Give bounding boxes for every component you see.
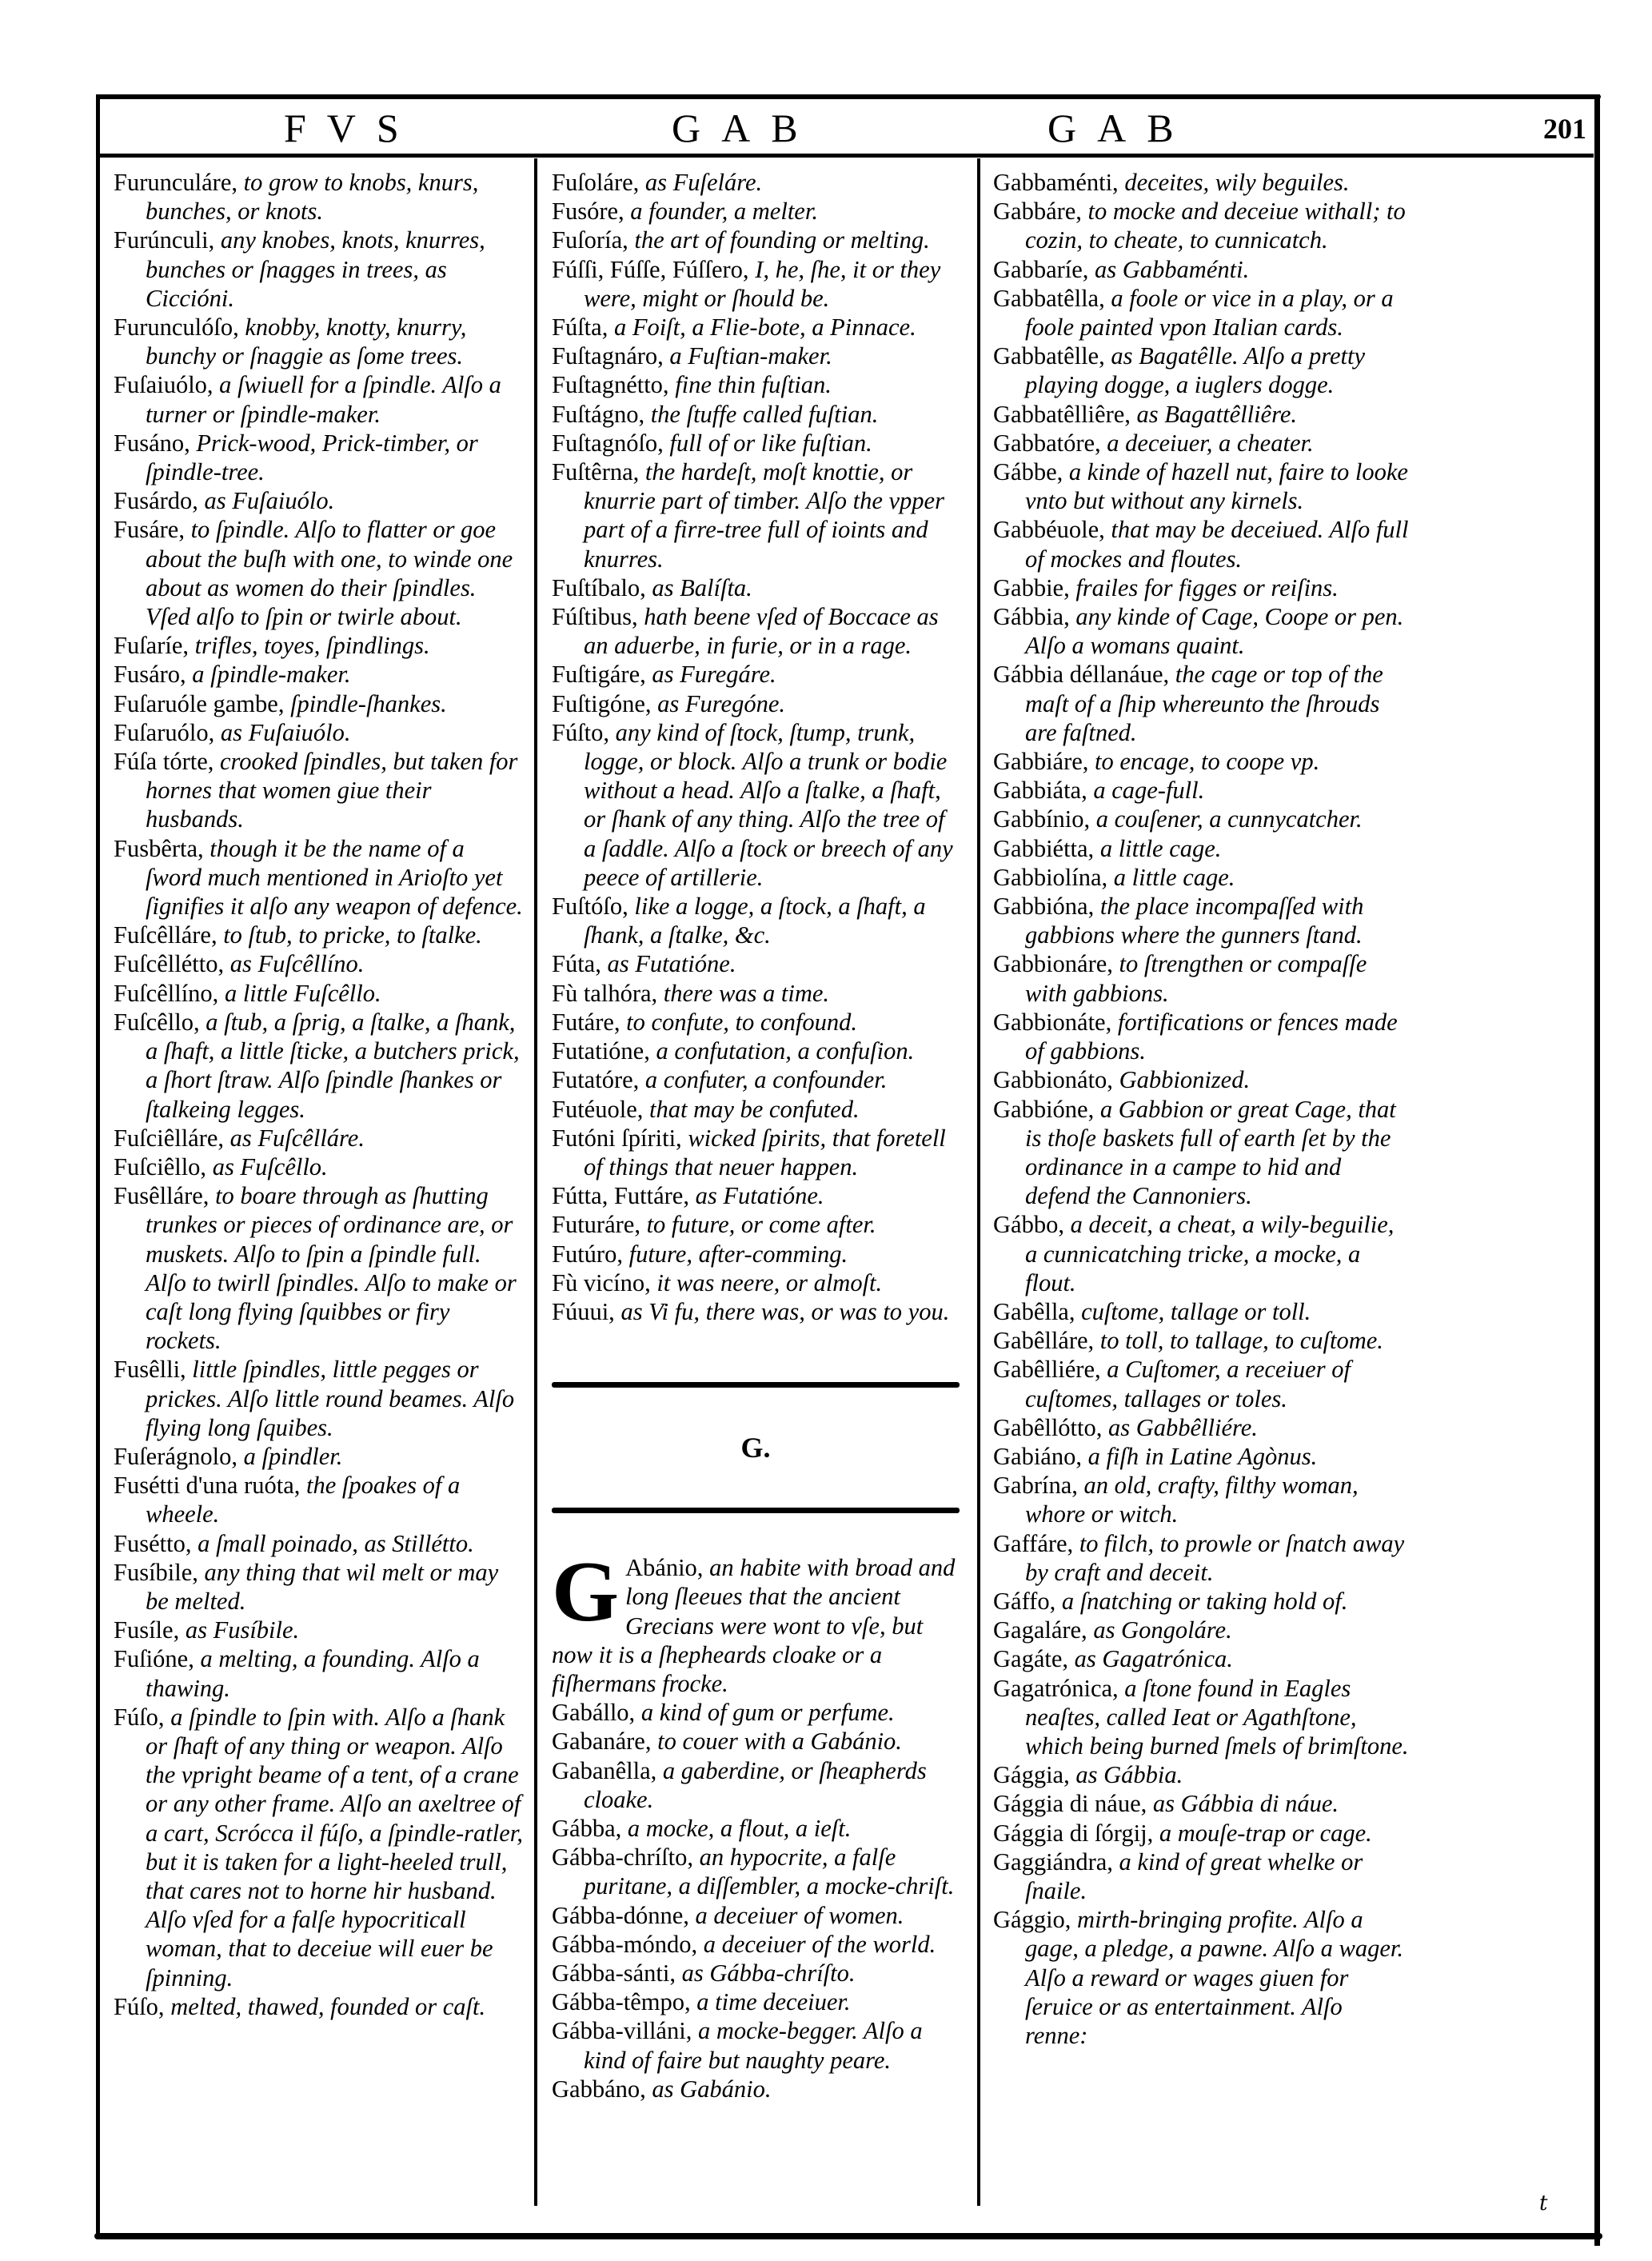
definition: as Gabbaménti. bbox=[1088, 256, 1249, 283]
headword: Gabiáno, bbox=[993, 1443, 1082, 1470]
headword: Gagaláre, bbox=[993, 1616, 1087, 1644]
definition: a ſnatching or taking hold of. bbox=[1055, 1588, 1347, 1615]
dictionary-entry: Gabbie, frailes for figges or reiſins. bbox=[993, 573, 1409, 602]
section-letter: G. bbox=[552, 1388, 960, 1508]
dictionary-entry: Fúſta, a Foiſt, a Flie-bote, a Pinnace. bbox=[552, 313, 960, 342]
dictionary-entry: Fuſtagnétto, fine thin fuſtian. bbox=[552, 370, 960, 399]
headword: Fuſaruólo, bbox=[114, 719, 214, 746]
headword: Gabbiétta, bbox=[993, 835, 1094, 862]
headword: Futúro, bbox=[552, 1240, 623, 1268]
dictionary-entry: Gabbiáre, to encage, to coope vp. bbox=[993, 747, 1409, 776]
definition: a deceiuer of women. bbox=[689, 1902, 904, 1929]
headword: Fù talhóra, bbox=[552, 980, 657, 1007]
headword: Fuſtagnóſo, bbox=[552, 429, 664, 457]
headword: Fúſtibus, bbox=[552, 603, 638, 630]
headword: Gabbaríe, bbox=[993, 256, 1088, 283]
dictionary-entry: Gabbiétta, a little cage. bbox=[993, 834, 1409, 863]
definition: the ſtuffe called fuſtian. bbox=[644, 401, 878, 428]
dictionary-entry: Futatióne, a confutation, a confuſion. bbox=[552, 1037, 960, 1065]
headword: Fuſtíbalo, bbox=[552, 574, 646, 601]
definition: as Fusíbile. bbox=[179, 1616, 299, 1644]
dictionary-entry: Fuſaríe, trifles, toyes, ſpindlings. bbox=[114, 631, 523, 660]
column-middle: Fuſoláre, as Fuſeláre.Fusóre, a founder,… bbox=[552, 168, 960, 2103]
definition: a melting, a founding. Alſo a thawing. bbox=[146, 1645, 480, 1701]
headword: Gabbionáre, bbox=[993, 950, 1113, 977]
header-rule bbox=[100, 154, 1594, 158]
definition: little ſpindles, little pegges or pricke… bbox=[146, 1356, 514, 1440]
definition: as Balíſta. bbox=[646, 574, 752, 601]
definition: a cage-full. bbox=[1087, 777, 1205, 804]
definition: that may be confuted. bbox=[643, 1096, 859, 1123]
definition: a ſpindler. bbox=[237, 1443, 342, 1470]
dictionary-entry: Gábbo, a deceit, a cheat, a wily-beguili… bbox=[993, 1210, 1409, 1297]
headword: Fuſciêlláre, bbox=[114, 1125, 224, 1152]
dictionary-entry: Gabrína, an old, crafty, filthy woman, w… bbox=[993, 1471, 1409, 1528]
dictionary-entry: Gabállo, a kind of gum or perfume. bbox=[552, 1698, 960, 1727]
dictionary-entry: Futúro, future, after-comming. bbox=[552, 1240, 960, 1268]
dictionary-entry: Furúnculi, any knobes, knots, knurres, b… bbox=[114, 226, 523, 313]
dictionary-entry: Gabêlláre, to toll, to tallage, to cuſto… bbox=[993, 1326, 1409, 1355]
dictionary-entry: Gábba-móndo, a deceiuer of the world. bbox=[552, 1930, 960, 1959]
definition: a little cage. bbox=[1094, 835, 1221, 862]
dictionary-entry: Gággia di ſórgij, a mouſe-trap or cage. bbox=[993, 1819, 1409, 1848]
headword: Gábba-dónne, bbox=[552, 1902, 689, 1929]
column-divider-2 bbox=[977, 158, 980, 2206]
headword: Fúſo, bbox=[114, 1993, 165, 2020]
headword: Gabbatêlle, bbox=[993, 342, 1105, 370]
headword: Fuſcêllíno, bbox=[114, 980, 218, 1007]
headword: Fusárdo, bbox=[114, 487, 198, 514]
dictionary-entry: Futéuole, that may be confuted. bbox=[552, 1095, 960, 1124]
dictionary-entry: Fuſerágnolo, a ſpindler. bbox=[114, 1442, 523, 1471]
headword: Futatióne, bbox=[552, 1037, 650, 1065]
headword: Furunculóſo, bbox=[114, 314, 239, 341]
dictionary-entry: Fuſaiuólo, a ſwiuell for a ſpindle. Alſo… bbox=[114, 370, 523, 428]
headword: Gabbióne, bbox=[993, 1096, 1094, 1123]
dictionary-entry: Gabêlliére, a Cuſtomer, a receiuer of cu… bbox=[993, 1355, 1409, 1412]
dictionary-entry: Fuſtêrna, the hardeſt, moſt knottie, or … bbox=[552, 457, 960, 573]
dictionary-entry: Fútta, Futtáre, as Futatióne. bbox=[552, 1181, 960, 1210]
dictionary-entry: Fúſtibus, hath beene vſed of Boccace as … bbox=[552, 602, 960, 660]
dictionary-entry: Gabêllótto, as Gabbêlliére. bbox=[993, 1413, 1409, 1442]
definition: to ſtub, to pricke, to ſtalke. bbox=[217, 921, 482, 949]
definition: as Gábbia di náue. bbox=[1147, 1790, 1339, 1817]
dictionary-entry: Gagaláre, as Gongoláre. bbox=[993, 1616, 1409, 1644]
dictionary-entry: Gabbáre, to mocke and deceiue withall; t… bbox=[993, 197, 1409, 254]
definition: it was neere, or almoſt. bbox=[651, 1269, 882, 1296]
dictionary-entry: Fúſſi, Fúſſe, Fúſſero, I, he, ſhe, it or… bbox=[552, 255, 960, 313]
dictionary-entry: Fuſtóſo, like a logge, a ſtock, a ſhaft,… bbox=[552, 892, 960, 949]
dictionary-entry: Futáre, to confute, to confound. bbox=[552, 1008, 960, 1037]
headword: Gabrína, bbox=[993, 1472, 1078, 1499]
definition: as Gábbia. bbox=[1070, 1761, 1183, 1788]
dictionary-entry: Gabbióne, a Gabbion or great Cage, that … bbox=[993, 1095, 1409, 1211]
headword: Gagatrónica, bbox=[993, 1675, 1119, 1702]
definition: any thing that wil melt or may be melted… bbox=[146, 1559, 498, 1615]
headword: Gaffáre, bbox=[993, 1530, 1073, 1557]
dictionary-entry: Fúſo, melted, thawed, founded or caſt. bbox=[114, 1992, 523, 2021]
headword: Fù vicíno, bbox=[552, 1269, 651, 1296]
dictionary-entry: Gáffo, a ſnatching or taking hold of. bbox=[993, 1587, 1409, 1616]
headword: Fúſo, bbox=[114, 1704, 165, 1731]
definition: as Vi fu, there was, or was to you. bbox=[615, 1298, 950, 1325]
dictionary-entry: Fusíbile, any thing that wil melt or may… bbox=[114, 1558, 523, 1616]
definition: as Furegóne. bbox=[652, 690, 785, 717]
headword: Gabanêlla, bbox=[552, 1757, 656, 1784]
dictionary-entry: Fúſo, a ſpindle to ſpin with. Alſo a ſha… bbox=[114, 1703, 523, 1992]
dictionary-entry: Gábbia, any kinde of Cage, Coope or pen.… bbox=[993, 602, 1409, 660]
definition: a little cage. bbox=[1107, 864, 1235, 891]
dictionary-entry: Fúuui, as Vi fu, there was, or was to yo… bbox=[552, 1297, 960, 1326]
definition: a deceit, a cheat, a wily-beguilie, a cu… bbox=[1025, 1211, 1394, 1296]
headword: Fuſciêllo, bbox=[114, 1153, 206, 1180]
entry-first-of-section: G Abánio, an habite with broad and long … bbox=[552, 1553, 960, 1698]
dictionary-entry: Fuſtagnáro, a Fuſtian-maker. bbox=[552, 342, 960, 370]
definition: mirth-bringing profite. Alſo a gage, a p… bbox=[1025, 1906, 1403, 2049]
headword: Fuſtigóne, bbox=[552, 690, 652, 717]
headword: Futuráre, bbox=[552, 1211, 640, 1238]
dictionary-entry: Gággio, mirth-bringing profite. Alſo a g… bbox=[993, 1905, 1409, 2050]
column-middle-entries: Fuſoláre, as Fuſeláre.Fusóre, a founder,… bbox=[552, 168, 960, 1326]
definition: as Gabbêlliére. bbox=[1102, 1414, 1258, 1441]
headword: Fusáre, bbox=[114, 516, 185, 543]
dictionary-entry: Gábba-chríſto, an hypocrite, a falſe pur… bbox=[552, 1843, 960, 1900]
headword: Fúta, bbox=[552, 950, 601, 977]
section-rule-bottom bbox=[552, 1508, 960, 1513]
definition: to toll, to tallage, to cuſtome. bbox=[1094, 1327, 1383, 1354]
headword: Fuſoláre, bbox=[552, 169, 639, 196]
column-middle-entries-g: Gabállo, a kind of gum or perfume.Gabaná… bbox=[552, 1698, 960, 2103]
headword: Gabbaménti, bbox=[993, 169, 1119, 196]
headword: Gággia di náue, bbox=[993, 1790, 1147, 1817]
dictionary-entry: Gabbínio, a couſener, a cunnycatcher. bbox=[993, 805, 1409, 833]
dictionary-entry: Gabbáno, as Gabánio. bbox=[552, 2075, 960, 2103]
dictionary-entry: Gaffáre, to filch, to prowle or ſnatch a… bbox=[993, 1529, 1409, 1587]
headword: Fúſſi, Fúſſe, Fúſſero, bbox=[552, 256, 749, 283]
headword: Abánio, bbox=[625, 1554, 703, 1581]
headword: Fusíle, bbox=[114, 1616, 179, 1644]
dictionary-entry: Fúta, as Futatióne. bbox=[552, 949, 960, 978]
dictionary-entry: Gabbiolína, a little cage. bbox=[993, 863, 1409, 892]
headword: Gábbo, bbox=[993, 1211, 1064, 1238]
headword: Fuſcêllo, bbox=[114, 1009, 200, 1036]
dictionary-entry: Gággia di náue, as Gábbia di náue. bbox=[993, 1789, 1409, 1818]
headword: Fúſto, bbox=[552, 719, 609, 746]
headword: Gabbiáre, bbox=[993, 748, 1088, 775]
dictionary-entry: Fusáre, to ſpindle. Alſo to flatter or g… bbox=[114, 515, 523, 631]
signature-mark: t bbox=[1539, 2191, 1547, 2215]
dictionary-entry: Fuſcêllo, a ſtub, a ſprig, a ſtalke, a ſ… bbox=[114, 1008, 523, 1124]
definition: to ſpindle. Alſo to flatter or goe about… bbox=[146, 516, 513, 630]
definition: as Fuſeláre. bbox=[639, 169, 762, 196]
headword: Gabbiolína, bbox=[993, 864, 1107, 891]
definition: a confutation, a confuſion. bbox=[650, 1037, 914, 1065]
headword: Gábba-têmpo, bbox=[552, 1988, 691, 2015]
definition: to mocke and deceiue withall; to cozin, … bbox=[1025, 198, 1406, 254]
headword: Gábba-villáni, bbox=[552, 2017, 692, 2044]
headword: Fútta, Futtáre, bbox=[552, 1182, 689, 1209]
dictionary-entry: Fusáno, Prick-wood, Prick-timber, or ſpi… bbox=[114, 429, 523, 486]
dictionary-entry: Furunculáre, to grow to knobs, knurs, bu… bbox=[114, 168, 523, 226]
definition: as Fuſcêlláre. bbox=[224, 1125, 365, 1152]
definition: future, after-comming. bbox=[623, 1240, 848, 1268]
definition: a ſtub, a ſprig, a ſtalke, a ſhank, a ſh… bbox=[146, 1009, 520, 1123]
definition: as Gagatrónica. bbox=[1068, 1645, 1233, 1672]
definition: the art of founding or melting. bbox=[628, 226, 930, 254]
headword: Gábba-chríſto, bbox=[552, 1844, 693, 1871]
definition: frailes for figges or reiſins. bbox=[1070, 574, 1339, 601]
headword: Fuſcêllétto, bbox=[114, 950, 224, 977]
definition: any kinde of Cage, Coope or pen. Alſo a … bbox=[1025, 603, 1403, 659]
dictionary-entry: Gabbionáto, Gabbionized. bbox=[993, 1065, 1409, 1094]
dictionary-entry: Gábba-têmpo, a time deceiuer. bbox=[552, 1987, 960, 2016]
headword: Gabbatêlla, bbox=[993, 285, 1105, 312]
headword: Gabállo, bbox=[552, 1699, 635, 1726]
dictionary-entry: Fuſtagnóſo, full of or like fuſtian. bbox=[552, 429, 960, 457]
dictionary-entry: Fuſaruóle gambe, ſpindle-ſhankes. bbox=[114, 689, 523, 718]
dictionary-entry: Gábba, a mocke, a flout, a ieſt. bbox=[552, 1814, 960, 1843]
headword: Gábba, bbox=[552, 1815, 621, 1842]
headword: Gabêlláre, bbox=[993, 1327, 1094, 1354]
definition: a deceiuer, a cheater. bbox=[1101, 429, 1314, 457]
definition: any kind of ſtock, ſtump, trunk, logge, … bbox=[584, 719, 953, 891]
dictionary-entry: Gággia, as Gábbia. bbox=[993, 1760, 1409, 1789]
definition: as Fuſcêllo. bbox=[206, 1153, 328, 1180]
section-rule-top bbox=[552, 1382, 960, 1388]
dictionary-entry: Fusêlláre, to boare through as ſhutting … bbox=[114, 1181, 523, 1355]
headword: Gábbia, bbox=[993, 603, 1070, 630]
definition: cuſtome, tallage or toll. bbox=[1075, 1298, 1311, 1325]
headword: Fusétto, bbox=[114, 1530, 191, 1557]
headword: Futéuole, bbox=[552, 1096, 643, 1123]
headword: Gaggiándra, bbox=[993, 1848, 1113, 1876]
headword: Fusbêrta, bbox=[114, 835, 204, 862]
dictionary-entry: Gábba-dónne, a deceiuer of women. bbox=[552, 1901, 960, 1930]
headword: Fusêlli, bbox=[114, 1356, 186, 1383]
definition: a ſmall poinado, as Stillétto. bbox=[191, 1530, 473, 1557]
definition: deceites, wily beguiles. bbox=[1119, 169, 1350, 196]
dictionary-entry: Gabbionáre, to ſtrengthen or compaſſe wi… bbox=[993, 949, 1409, 1007]
dictionary-entry: Fuſióne, a melting, a founding. Alſo a t… bbox=[114, 1644, 523, 1702]
definition: as Fuſaiuólo. bbox=[214, 719, 350, 746]
dictionary-entry: Fuſoría, the art of founding or melting. bbox=[552, 226, 960, 254]
headword: Fuſoría, bbox=[552, 226, 628, 254]
column-right: Gabbaménti, deceites, wily beguiles.Gabb… bbox=[993, 168, 1409, 2050]
page-frame-right bbox=[1594, 94, 1600, 2246]
headword: Gabanáre, bbox=[552, 1728, 651, 1755]
headword: Gabbínio, bbox=[993, 805, 1090, 833]
definition: a ſpindle-maker. bbox=[186, 661, 351, 688]
dictionary-entry: Gabbatêlle, as Bagatêlle. Alſo a pretty … bbox=[993, 342, 1409, 399]
page-frame-left bbox=[96, 94, 100, 2238]
headword: Fuſaríe, bbox=[114, 632, 189, 659]
definition: ſpindle-ſhankes. bbox=[284, 690, 446, 717]
headword: Fusáno, bbox=[114, 429, 190, 457]
headword: Fuſaiuólo, bbox=[114, 371, 213, 398]
definition: to encage, to coope vp. bbox=[1088, 748, 1319, 775]
column-left: Furunculáre, to grow to knobs, knurs, bu… bbox=[114, 168, 523, 2021]
dictionary-entry: Gabbionáte, fortifications or fences mad… bbox=[993, 1008, 1409, 1065]
definition: as Gabánio. bbox=[646, 2075, 772, 2103]
definition: a couſener, a cunnycatcher. bbox=[1090, 805, 1362, 833]
dictionary-entry: Gábba-sánti, as Gábba-chríſto. bbox=[552, 1959, 960, 1987]
headword: Furúnculi, bbox=[114, 226, 214, 254]
headword: Gabbie, bbox=[993, 574, 1070, 601]
column-divider-1 bbox=[534, 158, 537, 2206]
headword: Fuſtagnáro, bbox=[552, 342, 664, 370]
dictionary-entry: Fusbêrta, though it be the name of a ſwo… bbox=[114, 834, 523, 921]
dictionary-entry: Gabbióna, the place incompaſſed with gab… bbox=[993, 892, 1409, 949]
headword: Gabbiáta, bbox=[993, 777, 1087, 804]
headword: Fuſtigáre, bbox=[552, 661, 646, 688]
definition: as Gábba-chríſto. bbox=[676, 1959, 856, 1987]
headword: Gabbatóre, bbox=[993, 429, 1101, 457]
definition: a mocke, a flout, a ieſt. bbox=[621, 1815, 851, 1842]
definition: as Gongoláre. bbox=[1087, 1616, 1232, 1644]
running-head-right: GAB bbox=[1047, 104, 1195, 152]
definition: a kinde of hazell nut, faire to looke vn… bbox=[1025, 458, 1408, 514]
dictionary-entry: Fuſciêlláre, as Fuſcêlláre. bbox=[114, 1124, 523, 1152]
dictionary-entry: Fuſtigóne, as Furegóne. bbox=[552, 689, 960, 718]
definition: a deceiuer of the world. bbox=[697, 1931, 936, 1958]
headword: Gabbionáto, bbox=[993, 1066, 1113, 1093]
running-head-center: GAB bbox=[672, 104, 819, 152]
definition: a time deceiuer. bbox=[691, 1988, 851, 2015]
dictionary-entry: Futatóre, a confuter, a confounder. bbox=[552, 1065, 960, 1094]
headword: Fusétti d'una ruóta, bbox=[114, 1472, 300, 1499]
section-break: G. bbox=[552, 1382, 960, 1513]
headword: Futatóre, bbox=[552, 1066, 639, 1093]
dictionary-entry: Fuſcêllíno, a little Fuſcêllo. bbox=[114, 979, 523, 1008]
headword: Fuſióne, bbox=[114, 1645, 194, 1672]
dictionary-entry: Gábbe, a kinde of hazell nut, faire to l… bbox=[993, 457, 1409, 515]
headword: Fúuui, bbox=[552, 1298, 615, 1325]
definition: trifles, toyes, ſpindlings. bbox=[189, 632, 430, 659]
headword: Gabbáre, bbox=[993, 198, 1082, 225]
page-frame-top bbox=[98, 94, 1601, 99]
dictionary-entry: Fuſtágno, the ſtuffe called fuſtian. bbox=[552, 400, 960, 429]
headword: Gággia, bbox=[993, 1761, 1070, 1788]
definition: to couer with a Gabánio. bbox=[651, 1728, 901, 1755]
headword: Fuſtagnétto, bbox=[552, 371, 669, 398]
dictionary-entry: Fúſa tórte, crooked ſpindles, but taken … bbox=[114, 747, 523, 834]
headword: Gággio, bbox=[993, 1906, 1071, 1933]
definition: to future, or come after. bbox=[640, 1211, 876, 1238]
headword: Gábba-móndo, bbox=[552, 1931, 697, 1958]
dictionary-entry: Fù vicíno, it was neere, or almoſt. bbox=[552, 1268, 960, 1297]
dictionary-entry: Gabbatóre, a deceiuer, a cheater. bbox=[993, 429, 1409, 457]
headword: Fusóre, bbox=[552, 198, 624, 225]
definition: to filch, to prowle or ſnatch away by cr… bbox=[1025, 1530, 1404, 1586]
dictionary-entry: Fuſcêllétto, as Fuſcêllíno. bbox=[114, 949, 523, 978]
headword: Fuſaruóle gambe, bbox=[114, 690, 284, 717]
definition: fine thin fuſtian. bbox=[669, 371, 832, 398]
dropcap-letter: G bbox=[552, 1556, 619, 1628]
headword: Fuſerágnolo, bbox=[114, 1443, 237, 1470]
dictionary-entry: Fuſtíbalo, as Balíſta. bbox=[552, 573, 960, 602]
definition: to confute, to confound. bbox=[620, 1009, 857, 1036]
dictionary-entry: Gabêlla, cuſtome, tallage or toll. bbox=[993, 1297, 1409, 1326]
dictionary-entry: Gabiáno, a fiſh in Latine Agònus. bbox=[993, 1442, 1409, 1471]
dictionary-entry: Furunculóſo, knobby, knotty, knurry, bun… bbox=[114, 313, 523, 370]
definition: melted, thawed, founded or caſt. bbox=[165, 1993, 486, 2020]
headword: Gabbatêlliêre, bbox=[993, 401, 1131, 428]
dictionary-entry: Fusétti d'una ruóta, the ſpoakes of a wh… bbox=[114, 1471, 523, 1528]
dictionary-entry: Gabbatêlliêre, as Bagattêlliêre. bbox=[993, 400, 1409, 429]
headword: Gabbéuole, bbox=[993, 516, 1105, 543]
definition: a fiſh in Latine Agònus. bbox=[1082, 1443, 1317, 1470]
definition: as Bagattêlliêre. bbox=[1131, 401, 1297, 428]
headword: Fuſcêlláre, bbox=[114, 921, 217, 949]
definition: as Futatióne. bbox=[601, 950, 736, 977]
definition: full of or like fuſtian. bbox=[664, 429, 872, 457]
headword: Gabêlla, bbox=[993, 1298, 1075, 1325]
dictionary-entry: Fusóre, a founder, a melter. bbox=[552, 197, 960, 226]
headword: Gábbe, bbox=[993, 458, 1063, 485]
dictionary-entry: Gabbaríe, as Gabbaménti. bbox=[993, 255, 1409, 284]
definition: a mouſe-trap or cage. bbox=[1153, 1820, 1372, 1847]
headword: Futáre, bbox=[552, 1009, 620, 1036]
dictionary-entry: Fuſoláre, as Fuſeláre. bbox=[552, 168, 960, 197]
dictionary-entry: Gagáte, as Gagatrónica. bbox=[993, 1644, 1409, 1673]
headword: Gagáte, bbox=[993, 1645, 1068, 1672]
page-frame-bottom bbox=[94, 2233, 1602, 2239]
headword: Gábbia déllanáue, bbox=[993, 661, 1169, 688]
page-number: 201 bbox=[1543, 112, 1586, 146]
headword: Fuſtágno, bbox=[552, 401, 644, 428]
headword: Gabêlliére, bbox=[993, 1356, 1101, 1383]
headword: Gabbionáte, bbox=[993, 1009, 1111, 1036]
headword: Fuſtêrna, bbox=[552, 458, 639, 485]
dictionary-entry: Fuſcêlláre, to ſtub, to pricke, to ſtalk… bbox=[114, 921, 523, 949]
dictionary-entry: Fusáro, a ſpindle-maker. bbox=[114, 660, 523, 689]
headword: Fúſta, bbox=[552, 314, 608, 341]
headword: Furunculáre, bbox=[114, 169, 237, 196]
dictionary-entry: Gábba-villáni, a mocke-begger. Alſo a ki… bbox=[552, 2016, 960, 2074]
headword: Futóni ſpíriti, bbox=[552, 1125, 682, 1152]
definition: a ſpindle to ſpin with. Alſo a ſhank or … bbox=[146, 1704, 523, 1991]
definition: a kind of gum or perfume. bbox=[635, 1699, 894, 1726]
dictionary-entry: Gabanêlla, a gaberdine, or ſheapherds cl… bbox=[552, 1756, 960, 1814]
definition: as Fuſcêllíno. bbox=[224, 950, 364, 977]
dictionary-entry: Gábbia déllanáue, the cage or top of the… bbox=[993, 660, 1409, 747]
dictionary-entry: Fuſciêllo, as Fuſcêllo. bbox=[114, 1152, 523, 1181]
headword: Gáffo, bbox=[993, 1588, 1055, 1615]
dictionary-entry: Fusétto, a ſmall poinado, as Stillétto. bbox=[114, 1529, 523, 1558]
definition: as Fuſaiuólo. bbox=[198, 487, 334, 514]
dictionary-entry: Gabbatêlla, a foole or vice in a play, o… bbox=[993, 284, 1409, 342]
definition: a Foiſt, a Flie-bote, a Pinnace. bbox=[608, 314, 916, 341]
dictionary-entry: Fusárdo, as Fuſaiuólo. bbox=[114, 486, 523, 515]
headword: Gággia di ſórgij, bbox=[993, 1820, 1153, 1847]
definition: a little Fuſcêllo. bbox=[218, 980, 381, 1007]
headword: Fusíbile, bbox=[114, 1559, 198, 1586]
dictionary-entry: Fúſto, any kind of ſtock, ſtump, trunk, … bbox=[552, 718, 960, 892]
headword: Fusáro, bbox=[114, 661, 186, 688]
headword: Fusêlláre, bbox=[114, 1182, 209, 1209]
definition: there was a time. bbox=[657, 980, 829, 1007]
definition: a confuter, a confounder. bbox=[639, 1066, 887, 1093]
definition: Prick-wood, Prick-timber, or ſpindle-tre… bbox=[146, 429, 478, 485]
headword: Gabbióna, bbox=[993, 893, 1094, 920]
headword: Gabêllótto, bbox=[993, 1414, 1102, 1441]
dictionary-entry: Gabanáre, to couer with a Gabánio. bbox=[552, 1727, 960, 1756]
definition: like a logge, a ſtock, a ſhaft, a ſhank,… bbox=[584, 893, 926, 949]
definition: as Furegáre. bbox=[646, 661, 776, 688]
dictionary-entry: Gabbaménti, deceites, wily beguiles. bbox=[993, 168, 1409, 197]
definition: a founder, a melter. bbox=[624, 198, 818, 225]
dictionary-entry: Fuſaruólo, as Fuſaiuólo. bbox=[114, 718, 523, 747]
